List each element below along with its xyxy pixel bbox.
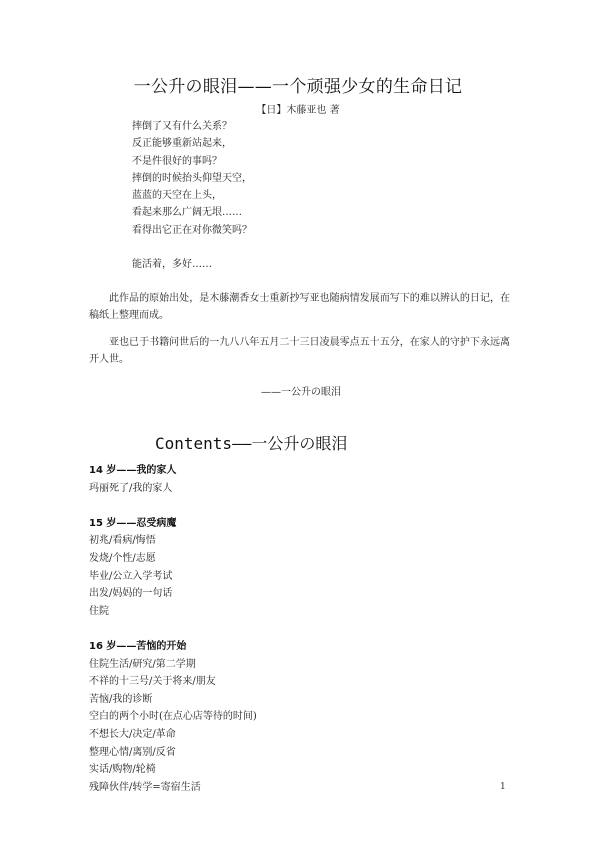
toc-entry: 实话/购物/轮椅	[89, 761, 257, 779]
toc-section-heading: 15 岁——忍受病魔	[89, 515, 257, 533]
poem-line: 摔倒了又有什么关系？	[132, 118, 252, 135]
toc-entry: 毕业/公立入学考试	[89, 568, 257, 586]
poem-stanza-break	[132, 239, 252, 256]
toc-entry: 空白的两个小时(在点心店等待的时间)	[89, 708, 257, 726]
poem-line: 蓝蓝的天空在上头，	[132, 187, 252, 204]
poem-line: 看得出它正在对你微笑吗？	[132, 222, 252, 239]
document-title: 一公升の眼泪——一个顽强少女的生命日记	[0, 76, 596, 98]
toc-section-heading: 14 岁——我的家人	[89, 462, 257, 480]
toc-entry: 住院生活/研究/第二学期	[89, 656, 257, 674]
toc-entry: 苦恼/我的诊断	[89, 691, 257, 709]
toc-entry: 发烧/个性/志愿	[89, 550, 257, 568]
toc-entry: 初兆/看病/悔悟	[89, 532, 257, 550]
toc-entry: 不祥的十三号/关于将来/朋友	[89, 673, 257, 691]
document-page: 一公升の眼泪——一个顽强少女的生命日记 【日】木藤亚也 著 摔倒了又有什么关系？…	[0, 0, 596, 842]
toc-entry: 残障伙伴/转学=寄宿生活	[89, 779, 257, 797]
toc-entry: 整理心情/离别/反省	[89, 744, 257, 762]
paragraph-origin: 此作品的原始出处，是木藤潮香女士重新抄写亚也随病情发展而写下的难以辨认的日记，在…	[89, 290, 510, 324]
table-of-contents: 14 岁——我的家人 玛丽死了/我的家人 15 岁——忍受病魔 初兆/看病/悔悟…	[89, 462, 257, 796]
toc-gap	[89, 620, 257, 638]
poem: 摔倒了又有什么关系？ 反正能够重新站起来， 不是件很好的事吗？ 摔倒的时候抬头仰…	[132, 118, 252, 274]
toc-entry: 出发/妈妈的一句话	[89, 585, 257, 603]
contents-title: Contents——一公升の眼泪	[155, 433, 347, 455]
author-line: 【日】木藤亚也 著	[0, 104, 596, 118]
toc-section-heading: 16 岁——苦恼的开始	[89, 638, 257, 656]
signature: ——一公升の眼泪	[0, 386, 596, 400]
poem-line: 反正能够重新站起来，	[132, 135, 252, 152]
poem-line: 能活着，多好……	[132, 256, 252, 273]
poem-line: 不是件很好的事吗？	[132, 153, 252, 170]
page-number: 1	[500, 781, 506, 793]
toc-entry: 不想长大/决定/革命	[89, 726, 257, 744]
paragraph-passing: 亚也已于书籍问世后的一九八八年五月二十三日凌晨零点五十五分，在家人的守护下永远离…	[89, 334, 510, 368]
toc-gap	[89, 497, 257, 515]
poem-line: 摔倒的时候抬头仰望天空，	[132, 170, 252, 187]
toc-entry: 玛丽死了/我的家人	[89, 480, 257, 498]
toc-entry: 住院	[89, 603, 257, 621]
poem-line: 看起来那么广阔无垠……	[132, 204, 252, 221]
